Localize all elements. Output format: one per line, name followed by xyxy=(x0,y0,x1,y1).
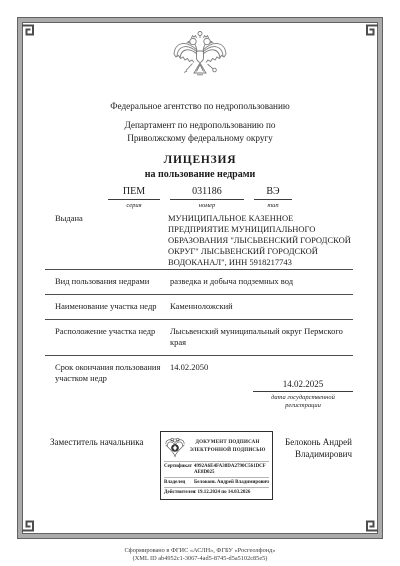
license-fields-table: Вид пользования недрами разведка и добыч… xyxy=(45,269,353,391)
issued-row: Выдана МУНИЦИПАЛЬНОЕ КАЗЕННОЕ ПРЕДПРИЯТИ… xyxy=(55,213,355,268)
signatory-name-line1: Белоконь Андрей xyxy=(242,436,352,448)
type-value: ВЭ xyxy=(254,186,292,200)
license-series: ПЕМ серия xyxy=(108,186,160,209)
stamp-certificate-row: Сертификат 4992A6E4FA38DA2790C561DCFAE8D… xyxy=(164,461,269,477)
validity-label: Действителен xyxy=(164,490,194,496)
field-value: Лысьвенский муниципальный округ Пермског… xyxy=(170,326,353,348)
signatory-name: Белоконь Андрей Владимирович xyxy=(242,436,352,460)
document-title: ЛИЦЕНЗИЯ xyxy=(0,154,400,166)
document-subtitle: на пользование недрами xyxy=(0,169,400,180)
series-value: ПЕМ xyxy=(108,186,160,200)
corner-ornament-icon xyxy=(22,518,38,534)
field-label: Срок окончания пользования участком недр xyxy=(55,362,170,384)
certificate-label: Сертификат xyxy=(164,464,194,476)
table-row: Наименование участка недр Каменноложский xyxy=(45,294,353,319)
russia-coat-of-arms-icon xyxy=(0,29,400,87)
agency-name: Федеральное агентство по недропользовани… xyxy=(0,101,400,111)
signatory-position: Заместитель начальника xyxy=(50,437,143,447)
type-caption: тип xyxy=(254,202,292,209)
issued-label: Выдана xyxy=(55,213,168,268)
stamp-validity-row: Действителен с 19.12.2024 по 14.03.2026 xyxy=(164,487,269,497)
stamp-owner-row: Владелец Белоконь Андрей Владимирович xyxy=(164,477,269,487)
stamp-details: Сертификат 4992A6E4FA38DA2790C561DCFAE8D… xyxy=(161,461,272,499)
table-row: Вид пользования недрами разведка и добыч… xyxy=(45,269,353,294)
owner-label: Владелец xyxy=(164,480,194,486)
generation-footer: Сформировано в ФГИС «АСЛН», ФГБУ «Росгео… xyxy=(0,547,400,563)
corner-ornament-icon xyxy=(362,518,378,534)
owner-value: Белоконь Андрей Владимирович xyxy=(194,480,269,486)
certificate-value: 4992A6E4FA38DA2790C561DCFAE8D025 xyxy=(194,464,269,476)
registration-date: 14.02.2025 xyxy=(253,379,353,392)
validity-value: с 19.12.2024 по 14.03.2026 xyxy=(194,490,269,496)
license-serial-row: ПЕМ серия 031186 номер ВЭ тип xyxy=(0,186,400,209)
field-value: разведка и добыча подземных вод xyxy=(170,276,353,287)
field-label: Наименование участка недр xyxy=(55,301,170,312)
footer-line1: Сформировано в ФГИС «АСЛН», ФГБУ «Росгео… xyxy=(0,547,400,555)
department-line1: Департамент по недропользованию по xyxy=(0,119,400,132)
field-label: Расположение участка недр xyxy=(55,326,170,348)
rosnedra-emblem-icon xyxy=(164,435,186,459)
signatory-name-line2: Владимирович xyxy=(242,448,352,460)
department-name: Департамент по недропользованию по Приво… xyxy=(0,119,400,145)
number-value: 031186 xyxy=(170,186,244,200)
department-line2: Приволжскому федеральному округу xyxy=(0,132,400,145)
issued-value: МУНИЦИПАЛЬНОЕ КАЗЕННОЕ ПРЕДПРИЯТИЕ МУНИЦ… xyxy=(168,213,355,268)
field-label: Вид пользования недрами xyxy=(55,276,170,287)
footer-line2: (XML ID ab4952c1-3067-4ad5-8745-d5a5102c… xyxy=(0,555,400,563)
license-number: 031186 номер xyxy=(170,186,244,209)
registration-caption: дата государственной регистрации xyxy=(253,394,353,410)
license-type: ВЭ тип xyxy=(254,186,292,209)
field-value: Каменноложский xyxy=(170,301,353,312)
registration-block: 14.02.2025 дата государственной регистра… xyxy=(253,379,353,410)
number-caption: номер xyxy=(170,202,244,209)
table-row: Расположение участка недр Лысьвенский му… xyxy=(45,319,353,355)
series-caption: серия xyxy=(108,202,160,209)
